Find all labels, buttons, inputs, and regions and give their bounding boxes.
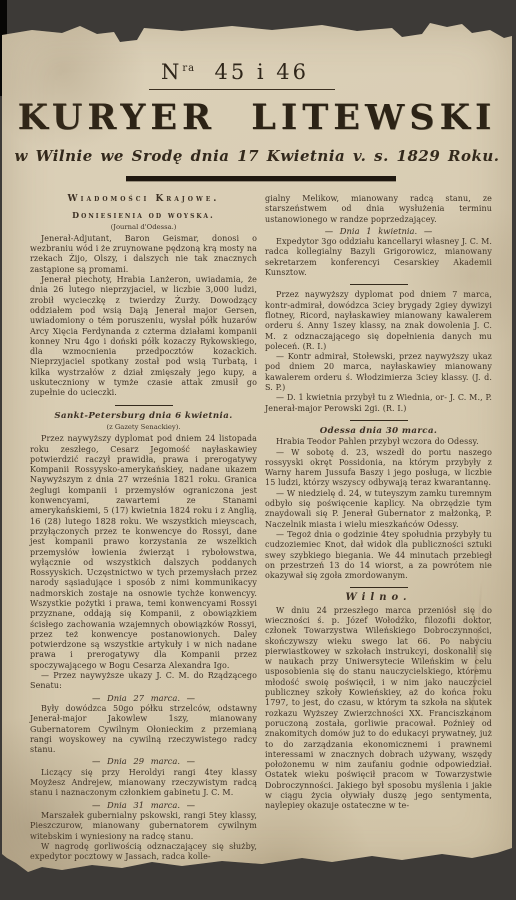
dateline-heading: Odessa dnia 30 marca.	[265, 426, 492, 436]
paragraph: W nagrodę gorliwością odznaczającey się …	[30, 842, 257, 863]
paragraph: — Tegoż dnia o godzinie 4tey społudnia p…	[265, 530, 492, 581]
paragraph: Hrabia Teodor Pahlen przybył wczora do O…	[265, 437, 492, 447]
city-heading: Wilno.	[265, 593, 492, 603]
paragraph: — W niedzielę d. 24, w tuteyszym zamku t…	[265, 489, 492, 530]
paragraph: Były dowódzca 50go półku strzelców, odst…	[30, 704, 257, 755]
paragraph-continuation: gialny Melikow, mianowany radcą stanu, z…	[265, 194, 492, 225]
paragraph: Marszałek gubernialny pskowski, rangi 5t…	[30, 811, 257, 842]
paragraph: — Kontr admirał, Stołewski, przez naywyż…	[265, 352, 492, 393]
paragraph: Liczący się przy Heroldyi rangi 4tey kla…	[30, 768, 257, 799]
newspaper-title: KURYER LITEWSKI	[2, 97, 512, 138]
paragraph: — D. 1 kwietnia przybył tu z Wiednia, or…	[265, 393, 492, 414]
paragraph: Jenerał piechoty, Hrabia Lanżeron, uwiad…	[30, 275, 257, 399]
issue-rule	[149, 89, 335, 90]
masthead-bar	[126, 176, 396, 181]
date-subheading: — Dnia 29 marca. —	[30, 756, 257, 766]
paragraph: Przez naywyższy dyplomat pod dniem 24 li…	[30, 434, 257, 671]
date-subheading: — Dnia 31 marca. —	[30, 800, 257, 810]
column-right: gialny Melikow, mianowany radcą stanu, z…	[265, 194, 492, 862]
section-divider	[350, 284, 408, 285]
issue-number: Nra 45 i 46	[0, 60, 490, 84]
source-note: (z Gazety Senackiey).	[30, 422, 257, 432]
paragraph: W dniu 24 przeszłego marca przeniósł się…	[265, 606, 492, 812]
paragraph: Expedytor 3go oddziału kancellaryi własn…	[265, 237, 492, 278]
section-heading: Wiadomości Krajowe.	[30, 194, 257, 204]
date-subheading: — Dnia 27 marca. —	[30, 693, 257, 703]
article-heading: Doniesienia od woyska.	[30, 210, 257, 220]
scan-background: Nra 45 i 46 KURYER LITEWSKI w Wilnie we …	[0, 0, 516, 900]
section-divider	[350, 420, 408, 421]
paragraph: Jenerał-Adjutant, Baron Geismar, donosi …	[30, 234, 257, 275]
article-columns: Wiadomości Krajowe.Doniesienia od woyska…	[2, 181, 492, 862]
paragraph: — W sobotę d. 23, wszedł do portu naszeg…	[265, 448, 492, 489]
masthead: Nra 45 i 46 KURYER LITEWSKI w Wilnie we …	[2, 20, 512, 181]
dateline-heading: Sankt-Petersburg dnia 6 kwietnia.	[30, 411, 257, 421]
paragraph: — Przez naywyższe ukazy J. C. M. do Rząd…	[30, 671, 257, 692]
date-subheading: — Dnia 1 kwietnia. —	[265, 226, 492, 236]
column-left: Wiadomości Krajowe.Doniesienia od woyska…	[30, 194, 257, 862]
section-divider	[115, 405, 173, 406]
source-note: (Journal d'Odessa.)	[30, 222, 257, 232]
masthead-dateline: w Wilnie we Srodę dnia 17 Kwietnia v. s.…	[2, 147, 512, 165]
newspaper-page: Nra 45 i 46 KURYER LITEWSKI w Wilnie we …	[2, 20, 512, 872]
paragraph: Przez naywyższy dyplomat pod dniem 7 mar…	[265, 290, 492, 352]
section-divider	[350, 587, 408, 588]
